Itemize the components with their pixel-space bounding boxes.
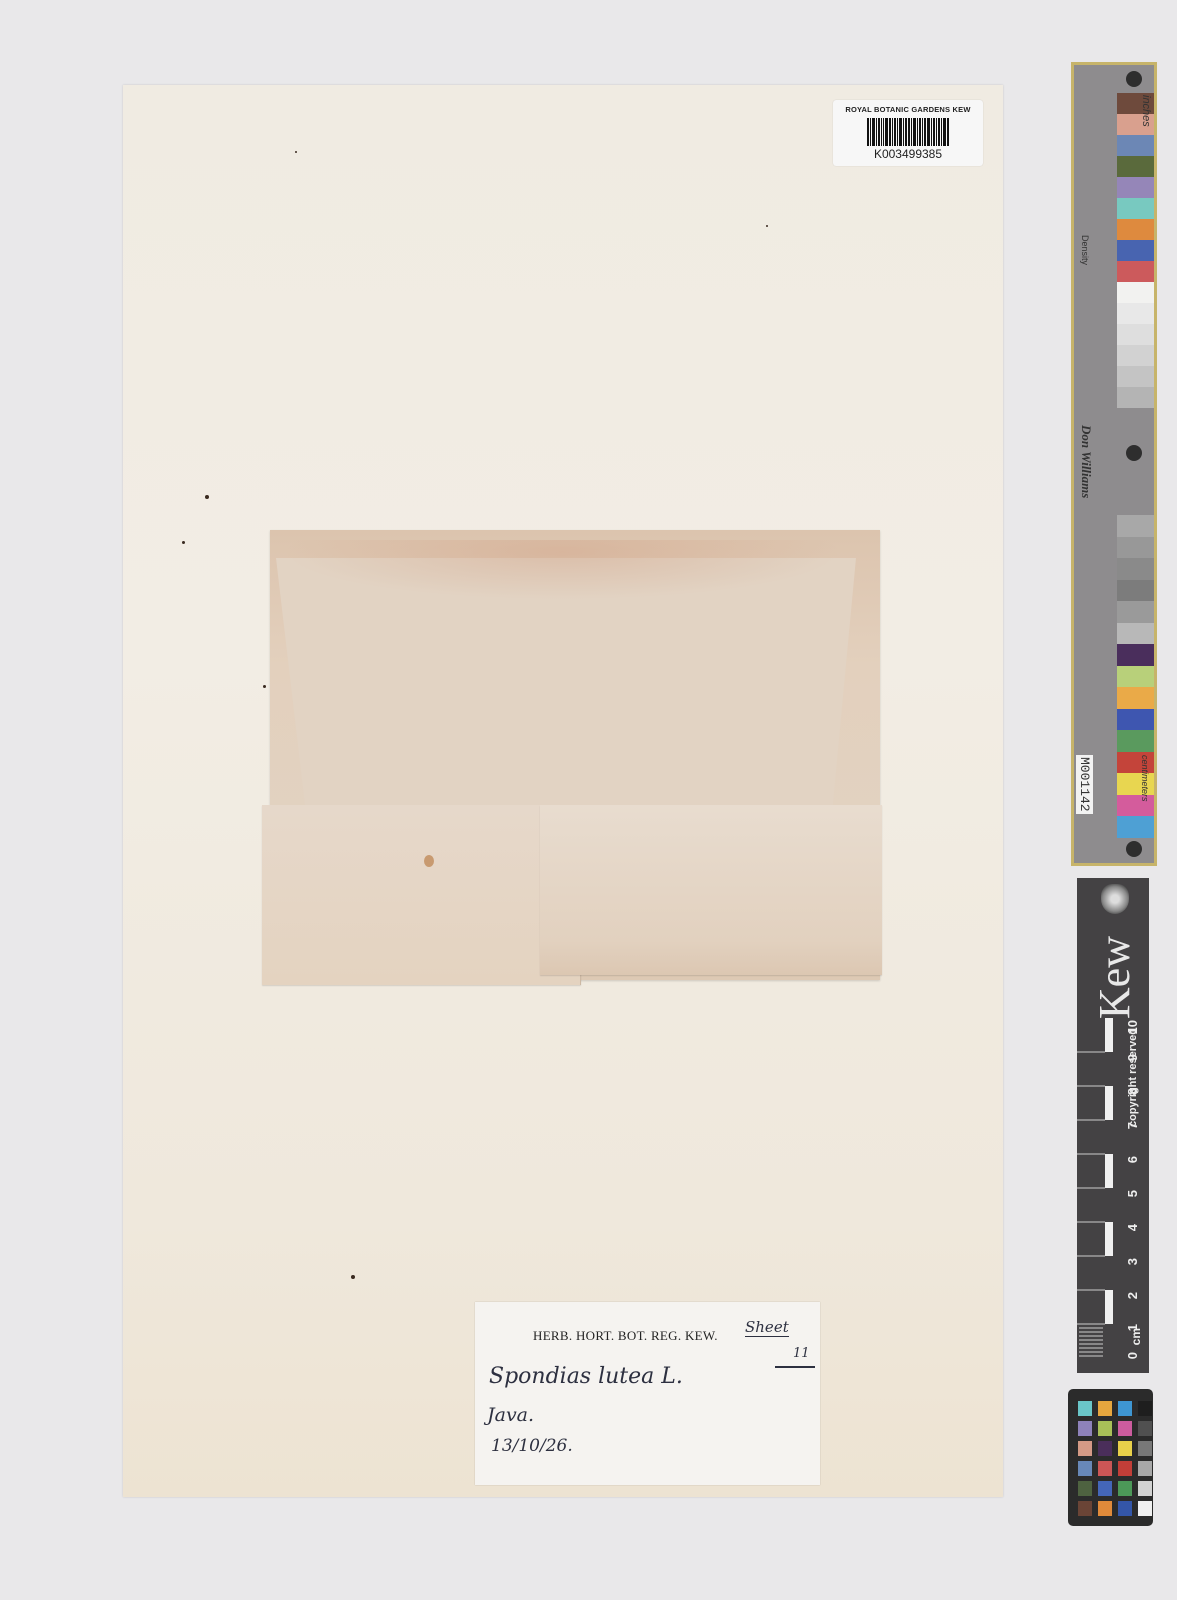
stain-spot (424, 855, 434, 867)
color-swatch (1117, 177, 1154, 198)
speck (351, 1275, 355, 1279)
ruler-hole-middle (1126, 445, 1142, 461)
ruler-id: M001142 (1076, 755, 1093, 814)
color-swatch (1117, 282, 1154, 303)
color-patch-grid (1078, 1401, 1152, 1516)
institution-name: ROYAL BOTANIC GARDENS KEW (833, 105, 983, 114)
color-patch (1098, 1441, 1112, 1456)
color-swatch (1117, 261, 1154, 282)
units-centimeters: centimeters (1140, 755, 1150, 802)
color-patch (1078, 1501, 1092, 1516)
speck (205, 495, 209, 499)
color-patch (1098, 1481, 1112, 1496)
ruler-hole-top (1126, 71, 1142, 87)
speck (295, 151, 297, 153)
color-patch (1078, 1401, 1092, 1416)
color-patch (1098, 1401, 1112, 1416)
unit-label: cm (1129, 1328, 1143, 1345)
color-patch (1098, 1421, 1112, 1436)
color-swatch (1117, 345, 1154, 366)
color-swatch (1117, 135, 1154, 156)
tick-2: 2 (1125, 1292, 1140, 1299)
color-swatch (1117, 687, 1154, 709)
color-checker-card (1068, 1389, 1153, 1526)
specimen-packet (262, 530, 882, 990)
color-patch (1078, 1421, 1092, 1436)
color-swatch (1117, 623, 1154, 645)
color-patch (1138, 1501, 1152, 1516)
density-label: Density (1080, 235, 1090, 265)
color-patch (1098, 1501, 1112, 1516)
barcode-label: ROYAL BOTANIC GARDENS KEW K003499385 (833, 100, 983, 166)
barcode (860, 118, 956, 146)
swatch-strip-top (1117, 93, 1154, 408)
water-stain (282, 540, 842, 600)
ruler-hole-bottom (1126, 841, 1142, 857)
copyright-text: copyright reserved (1127, 1028, 1139, 1127)
color-patch (1078, 1461, 1092, 1476)
color-swatch (1117, 816, 1154, 838)
color-swatch (1117, 515, 1154, 537)
tick-6: 6 (1125, 1156, 1140, 1163)
tick-0: 0 (1125, 1352, 1140, 1359)
color-swatch (1117, 709, 1154, 731)
color-ruler: inches Density Don Williams M001142 cent… (1071, 62, 1157, 866)
color-patch (1078, 1441, 1092, 1456)
sheet-number: 11 (793, 1346, 810, 1361)
color-patch (1118, 1401, 1132, 1416)
barcode-number: K003499385 (833, 147, 983, 161)
color-swatch (1117, 387, 1154, 408)
color-swatch (1117, 303, 1154, 324)
collection-date: 13/10/26. (491, 1436, 573, 1456)
color-swatch (1117, 537, 1154, 559)
speck (766, 225, 768, 227)
kew-crest-icon (1101, 884, 1129, 914)
color-swatch (1117, 644, 1154, 666)
color-patch (1138, 1421, 1152, 1436)
color-swatch (1117, 198, 1154, 219)
locality: Java. (487, 1404, 534, 1426)
color-swatch (1117, 324, 1154, 345)
kew-scale-ruler: Kew 10 9 8 7 6 5 4 3 2 1 0 copyright re (1077, 878, 1149, 1373)
color-swatch (1117, 219, 1154, 240)
color-patch (1118, 1501, 1132, 1516)
color-swatch (1117, 558, 1154, 580)
brand-name: Don Williams (1078, 425, 1094, 498)
color-patch (1098, 1461, 1112, 1476)
color-patch (1118, 1421, 1132, 1436)
color-patch (1118, 1441, 1132, 1456)
color-swatch (1117, 601, 1154, 623)
taxon-name: Spondias lutea L. (489, 1364, 683, 1389)
color-swatch (1117, 730, 1154, 752)
packet-fold-right (540, 805, 882, 975)
color-patch (1138, 1441, 1152, 1456)
sheet-word: Sheet (745, 1318, 789, 1337)
specimen-label: HERB. HORT. BOT. REG. KEW. Sheet 11 Spon… (475, 1302, 820, 1485)
color-patch (1138, 1461, 1152, 1476)
color-patch (1118, 1481, 1132, 1496)
kew-logo: Kew (1089, 936, 1140, 1019)
color-patch (1138, 1401, 1152, 1416)
color-patch (1138, 1481, 1152, 1496)
label-header: HERB. HORT. BOT. REG. KEW. (533, 1328, 718, 1344)
color-swatch (1117, 580, 1154, 602)
packet-fold-left (262, 805, 581, 985)
cm-scale-bars (1077, 1018, 1119, 1373)
tick-3: 3 (1125, 1258, 1140, 1265)
speck (182, 541, 185, 544)
units-inches: inches (1140, 95, 1152, 127)
color-swatch (1117, 156, 1154, 177)
color-swatch (1117, 666, 1154, 688)
color-swatch (1117, 240, 1154, 261)
color-patch (1078, 1481, 1092, 1496)
sheet-rule (775, 1366, 815, 1368)
tick-5: 5 (1125, 1190, 1140, 1197)
tick-4: 4 (1125, 1224, 1140, 1231)
color-swatch (1117, 366, 1154, 387)
color-patch (1118, 1461, 1132, 1476)
